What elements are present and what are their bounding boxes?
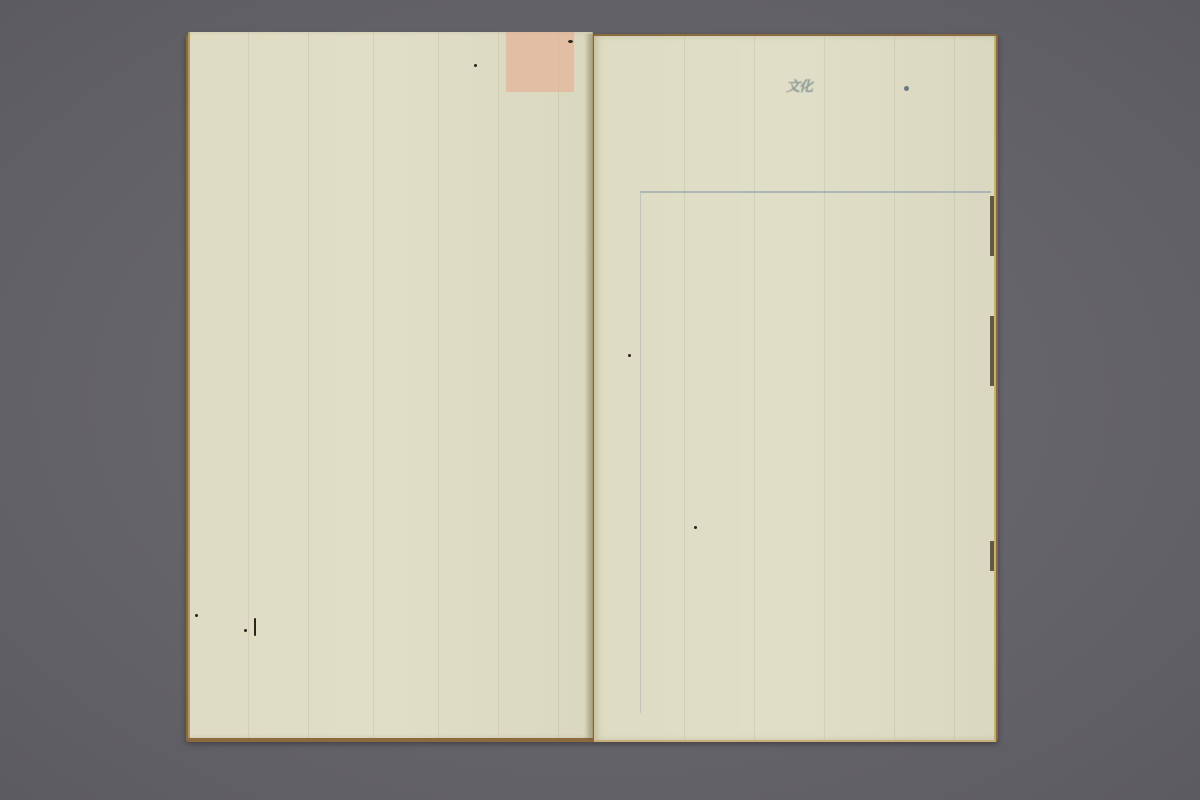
ink-speck [568,40,573,43]
red-seal-stamp [506,32,574,92]
right-page: 文化 [594,36,996,742]
edge-wear [990,316,994,386]
ink-speck [474,64,477,67]
ink-speck [244,629,247,632]
left-page [188,32,593,738]
ink-speck [195,614,198,617]
ink-speck [254,618,256,636]
ink-speck [904,86,909,91]
paper-fiber [248,32,249,738]
open-book: 文化 [186,30,1000,742]
edge-wear [990,196,994,256]
paper-fiber [438,32,439,738]
faded-handwritten-mark: 文化 [786,76,858,96]
paper-fiber [498,32,499,738]
paper-fiber [308,32,309,738]
paper-fiber [373,32,374,738]
faint-printed-frame [640,191,991,713]
ink-speck [694,526,697,529]
edge-wear [990,541,994,571]
paper-fiber [558,32,559,738]
ink-speck [628,354,631,357]
